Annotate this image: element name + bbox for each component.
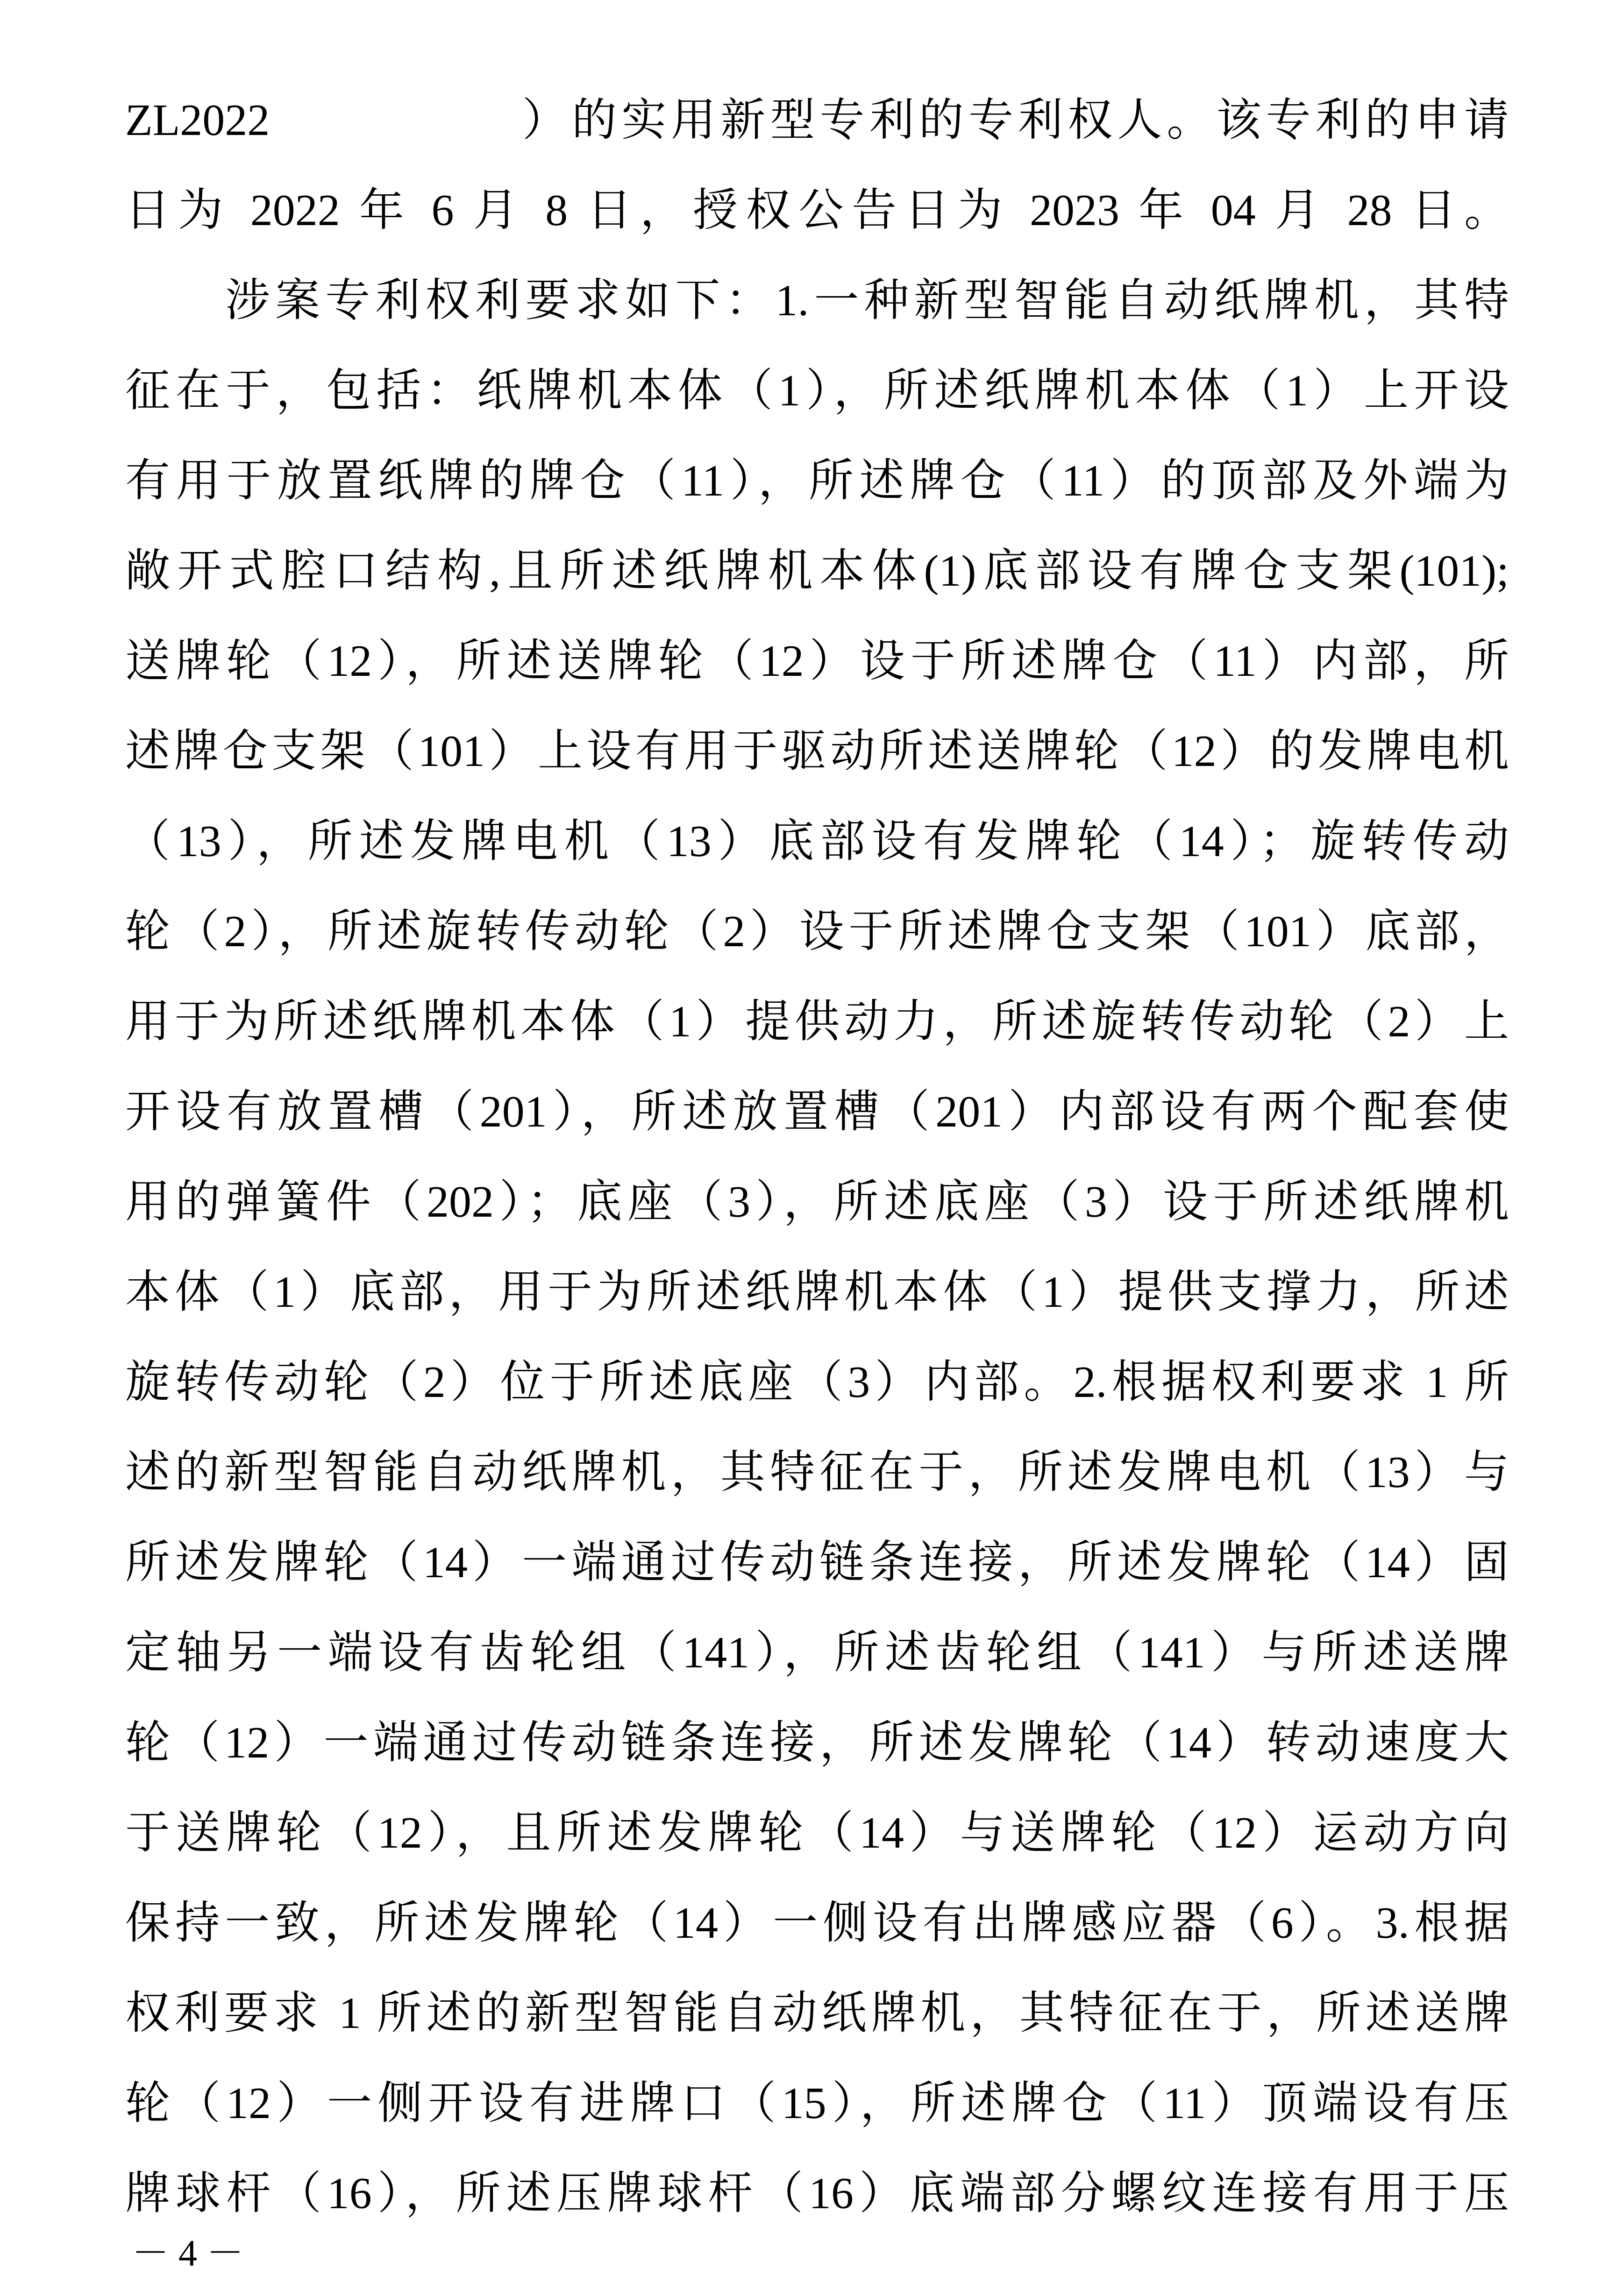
text-line: 权利要求 1 所述的新型智能自动纸牌机，其特征在于，所述送牌 [125, 1968, 1509, 2058]
text-line: 涉案专利权利要求如下：1.一种新型智能自动纸牌机，其特 [125, 255, 1509, 345]
text-line: 保持一致，所述发牌轮（14）一侧设有出牌感应器（6）。3.根据 [125, 1878, 1509, 1968]
text-line: 旋转传动轮（2）位于所述底座（3）内部。2.根据权利要求 1 所 [125, 1337, 1509, 1427]
patent-document-page: ZL2022 ）的实用新型专利的专利权人。该专利的申请 日为 2022 年 6 … [0, 0, 1623, 2296]
text-line: 轮（2），所述旋转传动轮（2）设于所述牌仓支架（101）底部， [125, 886, 1509, 976]
text-line: 轮（12）一端通过传动链条连接，所述发牌轮（14）转动速度大 [125, 1697, 1509, 1787]
text-line: （13），所述发牌电机（13）底部设有发牌轮（14）；旋转传动 [125, 796, 1509, 886]
text-line: 用于为所述纸牌机本体（1）提供动力，所述旋转传动轮（2）上 [125, 976, 1509, 1066]
text-line: ZL2022 ）的实用新型专利的专利权人。该专利的申请 [125, 75, 1509, 165]
text-line: 本体（1）底部，用于为所述纸牌机本体（1）提供支撑力，所述 [125, 1247, 1509, 1337]
text-line: 述牌仓支架（101）上设有用于驱动所述送牌轮（12）的发牌电机 [125, 706, 1509, 796]
text-line: 牌球杆（16），所述压牌球杆（16）底端部分螺纹连接有用于压 [125, 2148, 1509, 2238]
text-line: 敞开式腔口结构,且所述纸牌机本体(1)底部设有牌仓支架(101); [125, 525, 1509, 616]
text-line: 日为 2022 年 6 月 8 日，授权公告日为 2023 年 04 月 28 … [125, 165, 1509, 255]
text-line: 送牌轮（12），所述送牌轮（12）设于所述牌仓（11）内部，所 [125, 616, 1509, 706]
text-line: 开设有放置槽（201），所述放置槽（201）内部设有两个配套使 [125, 1066, 1509, 1156]
text-line: 轮（12）一侧开设有进牌口（15），所述牌仓（11）顶端设有压 [125, 2058, 1509, 2148]
text-line: 征在于，包括：纸牌机本体（1），所述纸牌机本体（1）上开设 [125, 345, 1509, 435]
page-number: － 4 － [132, 2223, 244, 2284]
text-line: 用的弹簧件（202）；底座（3），所述底座（3）设于所述纸牌机 [125, 1156, 1509, 1247]
text-line: 于送牌轮（12），且所述发牌轮（14）与送牌轮（12）运动方向 [125, 1787, 1509, 1878]
claims-text-block: ZL2022 ）的实用新型专利的专利权人。该专利的申请 日为 2022 年 6 … [125, 75, 1509, 2238]
text-line: 述的新型智能自动纸牌机，其特征在于，所述发牌电机（13）与 [125, 1427, 1509, 1517]
text-line: 所述发牌轮（14）一端通过传动链条连接，所述发牌轮（14）固 [125, 1517, 1509, 1607]
text-line: 定轴另一端设有齿轮组（141），所述齿轮组（141）与所述送牌 [125, 1607, 1509, 1697]
text-line: 有用于放置纸牌的牌仓（11），所述牌仓（11）的顶部及外端为 [125, 435, 1509, 525]
